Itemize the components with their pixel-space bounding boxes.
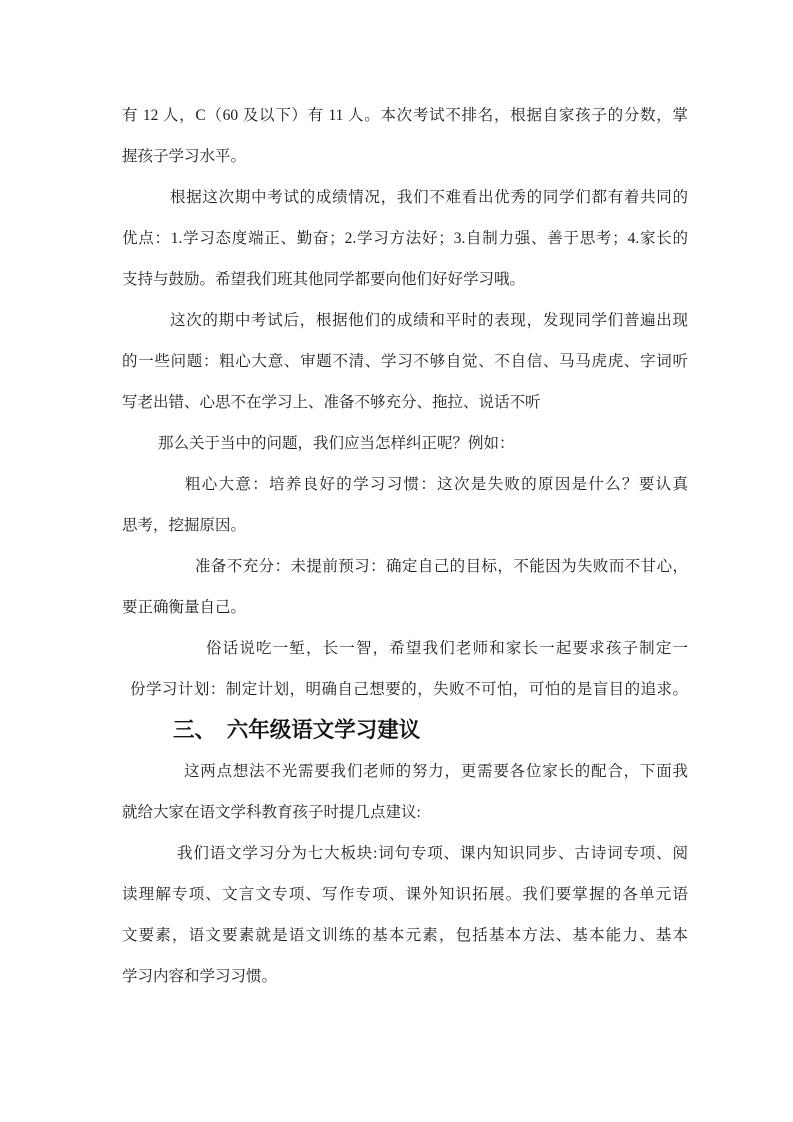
paragraph-need-parent-cooperation: 这两点想法不光需要我们老师的努力，更需要各位家长的配合，下面我就给大家在语文学科… <box>122 751 688 833</box>
document-content: 有 12 人，C（60 及以下）有 11 人。本次考试不排名，根据自家孩子的分数… <box>122 95 688 997</box>
text-line: 读理解专项、文言文专项、写作专项、课外知识拓展。我们要掌握的各单元语 <box>122 874 688 915</box>
text-line: 写老出错、心思不在学习上、准备不够充分、拖拉、说话不听 <box>122 382 688 423</box>
paragraph-common-problems: 这次的期中考试后，根据他们的成绩和平时的表现，发现同学们普遍出现的一些问题：粗心… <box>122 300 688 423</box>
text-line: 要正确衡量自己。 <box>122 587 688 628</box>
text-line: 这次的期中考试后，根据他们的成绩和平时的表现，发现同学们普遍出现 <box>122 300 688 341</box>
text-line: 支持与鼓励。希望我们班其他同学都要向他们好好学习哦。 <box>122 259 688 300</box>
paragraph-insufficient-preparation-advice: 准备不充分：未提前预习：确定自己的目标，不能因为失败而不甘心，要正确衡量自己。 <box>122 546 688 628</box>
text-line: 文要素，语文要素就是语文训练的基本元素，包括基本方法、基本能力、基本 <box>122 915 688 956</box>
text-line: 优点：1.学习态度端正、勤奋；2.学习方法好；3.自制力强、善于思考；4.家长的 <box>122 218 688 259</box>
section-heading-grade6-chinese-study-suggestions: 三、 六年级语文学习建议 <box>122 710 688 751</box>
document-page: 有 12 人，C（60 及以下）有 11 人。本次考试不排名，根据自家孩子的分数… <box>0 0 793 1122</box>
text-line: 根据这次期中考试的成绩情况，我们不难看出优秀的同学们都有着共同的 <box>122 177 688 218</box>
text-line: 握孩子学习水平。 <box>122 136 688 177</box>
paragraph-how-to-correct: 那么关于当中的问题，我们应当怎样纠正呢？例如： <box>122 423 688 464</box>
text-line: 这两点想法不光需要我们老师的努力，更需要各位家长的配合，下面我 <box>122 751 688 792</box>
text-line: 的一些问题：粗心大意、审题不清、学习不够自觉、不自信、马马虎虎、字词听 <box>122 341 688 382</box>
text-line: 份学习计划：制定计划，明确自己想要的，失败不可怕，可怕的是盲目的追求。 <box>122 669 688 710</box>
text-line: 粗心大意：培养良好的学习习惯：这次是失败的原因是什么？要认真 <box>122 464 688 505</box>
paragraph-score-distribution: 有 12 人，C（60 及以下）有 11 人。本次考试不排名，根据自家孩子的分数… <box>122 95 688 177</box>
text-line: 有 12 人，C（60 及以下）有 11 人。本次考试不排名，根据自家孩子的分数… <box>122 95 688 136</box>
paragraph-carelessness-advice: 粗心大意：培养良好的学习习惯：这次是失败的原因是什么？要认真思考，挖掘原因。 <box>122 464 688 546</box>
text-line: 就给大家在语文学科教育孩子时提几点建议: <box>122 792 688 833</box>
text-line: 思考，挖掘原因。 <box>122 505 688 546</box>
paragraph-top-students-strengths: 根据这次期中考试的成绩情况，我们不难看出优秀的同学们都有着共同的优点：1.学习态… <box>122 177 688 300</box>
paragraph-study-plan-proverb: 俗话说吃一堑，长一智，希望我们老师和家长一起要求孩子制定一份学习计划：制定计划，… <box>122 628 688 710</box>
text-line: 学习内容和学习习惯。 <box>122 956 688 997</box>
text-line: 准备不充分：未提前预习：确定自己的目标，不能因为失败而不甘心， <box>122 546 688 587</box>
section-heading-text: 三、 六年级语文学习建议 <box>122 710 688 751</box>
paragraph-seven-learning-modules: 我们语文学习分为七大板块:词句专项、课内知识同步、古诗词专项、阅读理解专项、文言… <box>122 833 688 997</box>
text-line: 俗话说吃一堑，长一智，希望我们老师和家长一起要求孩子制定一 <box>122 628 688 669</box>
text-line: 那么关于当中的问题，我们应当怎样纠正呢？例如： <box>122 423 688 464</box>
text-line: 我们语文学习分为七大板块:词句专项、课内知识同步、古诗词专项、阅 <box>122 833 688 874</box>
